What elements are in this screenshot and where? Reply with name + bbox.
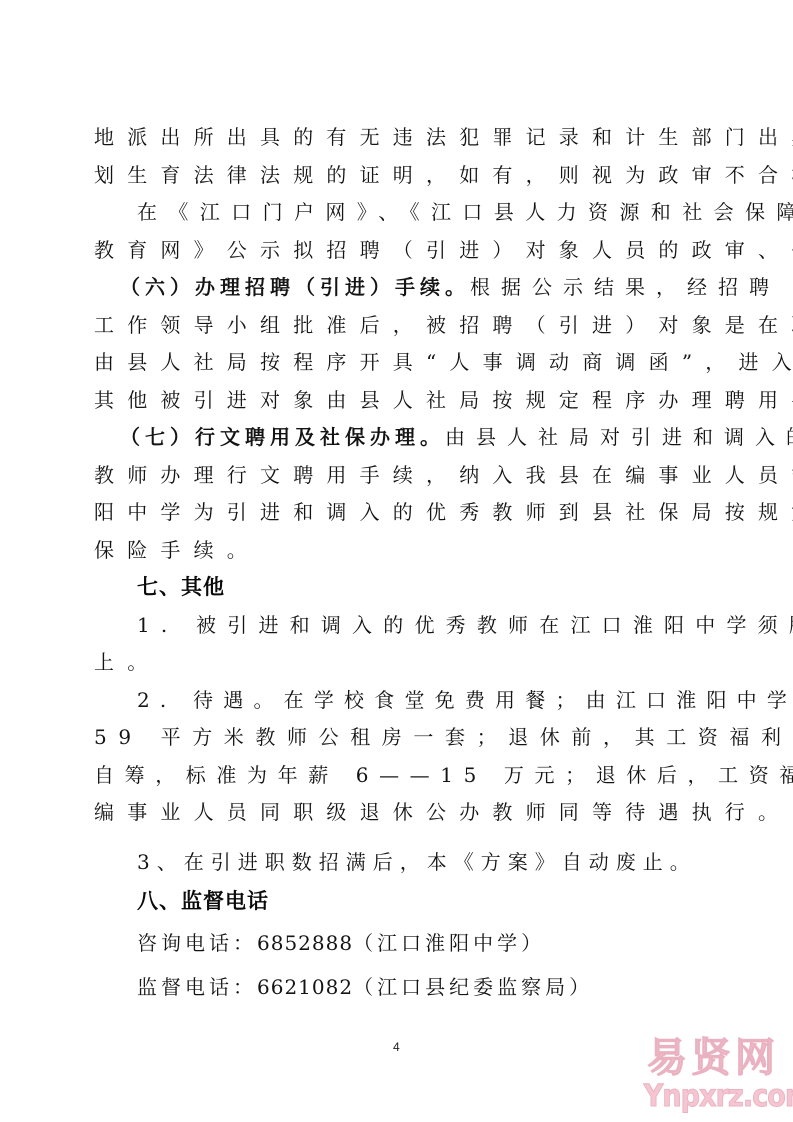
contact-org: （江口淮阳中学） (353, 931, 545, 955)
watermark-url-text: Ynpxrz.com (644, 1080, 783, 1114)
body-text: 由县人社局对引进和调入的优秀 (445, 425, 793, 449)
body-text-line: 自筹，标准为年薪 6——15 万元；退休后，工资福利按江口县在 (94, 763, 704, 787)
list-item-3: 3、在引进职数招满后，本《方案》自动废止。 (137, 850, 747, 874)
paragraph-seven-first-line: （七）行文聘用及社保办理。由县人社局对引进和调入的优秀 (120, 425, 730, 449)
body-text-line: 教育网》公示拟招聘（引进）对象人员的政审、体检结果。 (94, 238, 704, 262)
contact-label: 咨询电话： (137, 931, 257, 955)
body-text-line: 59 平方米教师公租房一套；退休前，其工资福利由江口淮阳中学 (94, 725, 704, 749)
body-text-line: 上。 (94, 650, 704, 674)
body-text-line: 保险手续。 (94, 538, 704, 562)
section-heading-other: 七、其他 (137, 575, 225, 599)
watermark-logo: 易贤网 Ynpxrz.com (636, 1036, 790, 1120)
section-heading-supervision-phone: 八、监督电话 (137, 889, 269, 913)
paragraph-six-first-line: （六）办理招聘（引进）手续。根据公示结果，经招聘（引进） (120, 275, 730, 299)
body-text-line: 其他被引进对象由县人社局按规定程序办理聘用手续。 (94, 388, 704, 412)
contact-supervision: 监督电话：6621082（江口县纪委监察局） (137, 975, 747, 999)
list-item-2: 2. 待遇。在学校食堂免费用餐；由江口淮阳中学提供 48 或 (137, 688, 747, 712)
contact-consult: 咨询电话：6852888（江口淮阳中学） (137, 931, 747, 955)
body-text-line: 教师办理行文聘用手续，纳入我县在编事业人员管理；由江口淮 (94, 463, 704, 487)
body-text-line: 地派出所出具的有无违法犯罪记录和计生部门出具的有无违反计 (94, 125, 704, 149)
contact-phone-number: 6621082 (257, 975, 353, 999)
body-text-line: 划生育法律法规的证明，如有，则视为政审不合格。 (94, 163, 704, 187)
contact-org: （江口县纪委监察局） (353, 975, 593, 999)
body-text: 根据公示结果，经招聘（引进） (470, 275, 793, 299)
watermark-chinese-text: 易贤网 (636, 1036, 790, 1080)
body-text-line: 编事业人员同职级退休公办教师同等待遇执行。 (94, 800, 704, 824)
body-text-line: 工作领导小组批准后，被招聘（引进）对象是在职公办教师的， (94, 313, 704, 337)
list-item-1: 1. 被引进和调入的优秀教师在江口淮阳中学须服务五年以 (137, 613, 747, 637)
document-page: 地派出所出具的有无违法犯罪记录和计生部门出具的有无违反计 划生育法律法规的证明，… (0, 0, 793, 1122)
contact-label: 监督电话： (137, 975, 257, 999)
section-subheading-seven: （七）行文聘用及社保办理。 (120, 425, 445, 449)
page-number: 4 (393, 1040, 400, 1054)
section-subheading-six: （六）办理招聘（引进）手续。 (120, 275, 470, 299)
body-text-line: 在《江口门户网》、《江口县人力资源和社会保障网》、《江口 (137, 200, 747, 224)
contact-phone-number: 6852888 (257, 931, 353, 955)
body-text-line: 阳中学为引进和调入的优秀教师到县社保局按规定办理社会养老 (94, 500, 704, 524)
body-text-line: 由县人社局按程序开具“人事调动商调函”，进入人事调动程序； (94, 350, 704, 374)
